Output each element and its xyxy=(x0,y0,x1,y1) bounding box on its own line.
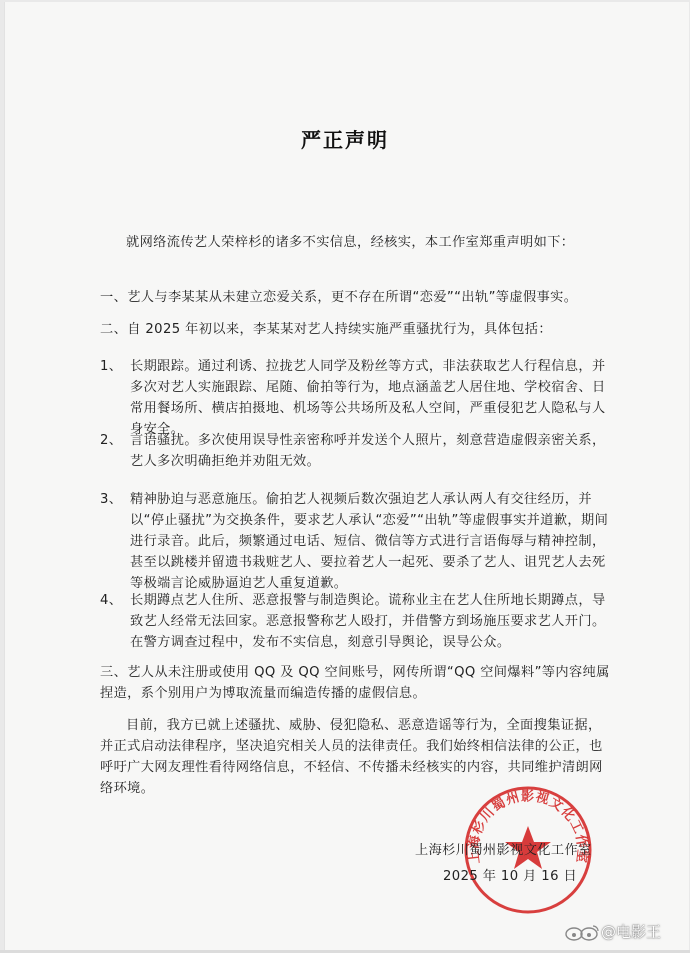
watermark-text: @电影王 xyxy=(601,921,661,942)
item-number: 4、 xyxy=(100,590,128,611)
section-text: 艺人从未注册或使用 QQ 及 QQ 空间账号，网传所谓“QQ 空间爆料”等内容纯… xyxy=(100,665,610,701)
section-text: 自 2025 年初以来，李某某对艺人持续实施严重骚扰行为，具体包括： xyxy=(127,322,552,337)
signature-organization: 上海杉川蜀州影视文化工作室 xyxy=(415,840,615,861)
weibo-watermark: @电影王 xyxy=(565,921,661,942)
item-text: 精神胁迫与恶意施压。偷拍艺人视频后数次强迫艺人承认两人有交往经历，并以“停止骚扰… xyxy=(130,489,610,594)
section-label: 一、 xyxy=(100,290,127,305)
section-label: 二、 xyxy=(100,322,127,337)
section-text: 艺人与李某某从未建立恋爱关系，更不存在所谓“恋爱”“出轨”等虚假事实。 xyxy=(127,290,577,305)
list-item-1: 1、 长期跟踪。通过利诱、拉拢艺人同学及粉丝等方式，非法获取艺人行程信息，并多次… xyxy=(100,356,610,440)
list-item-2: 2、 言语骚扰。多次使用误导性亲密称呼并发送个人照片，刻意营造虚假亲密关系，艺人… xyxy=(100,430,610,472)
weibo-icon xyxy=(565,923,599,941)
item-number: 1、 xyxy=(100,356,128,377)
signature-date: 2025 年 10 月 16 日 xyxy=(443,866,643,887)
list-item-3: 3、 精神胁迫与恶意施压。偷拍艺人视频后数次强迫艺人承认两人有交往经历，并以“停… xyxy=(100,489,610,594)
section-label: 三、 xyxy=(100,665,127,680)
list-item-4: 4、 长期蹲点艺人住所、恶意报警与制造舆论。谎称业主在艺人住所地长期蹲点，导致艺… xyxy=(100,590,610,653)
item-text: 长期蹲点艺人住所、恶意报警与制造舆论。谎称业主在艺人住所地长期蹲点，导致艺人经常… xyxy=(130,590,610,653)
item-number: 3、 xyxy=(100,489,128,510)
section-3: 三、艺人从未注册或使用 QQ 及 QQ 空间账号，网传所谓“QQ 空间爆料”等内… xyxy=(100,662,610,704)
intro-paragraph: 就网络流传艺人荣梓杉的诸多不实信息，经核实，本工作室郑重声明如下： xyxy=(126,232,606,253)
item-text: 言语骚扰。多次使用误导性亲密称呼并发送个人照片，刻意营造虚假亲密关系，艺人多次明… xyxy=(130,430,610,472)
item-text: 长期跟踪。通过利诱、拉拢艺人同学及粉丝等方式，非法获取艺人行程信息，并多次对艺人… xyxy=(130,356,610,440)
section-1: 一、艺人与李某某从未建立恋爱关系，更不存在所谓“恋爱”“出轨”等虚假事实。 xyxy=(100,287,610,308)
item-number: 2、 xyxy=(100,430,128,451)
section-2: 二、自 2025 年初以来，李某某对艺人持续实施严重骚扰行为，具体包括： xyxy=(100,319,610,340)
document-title: 严正声明 xyxy=(0,124,690,153)
